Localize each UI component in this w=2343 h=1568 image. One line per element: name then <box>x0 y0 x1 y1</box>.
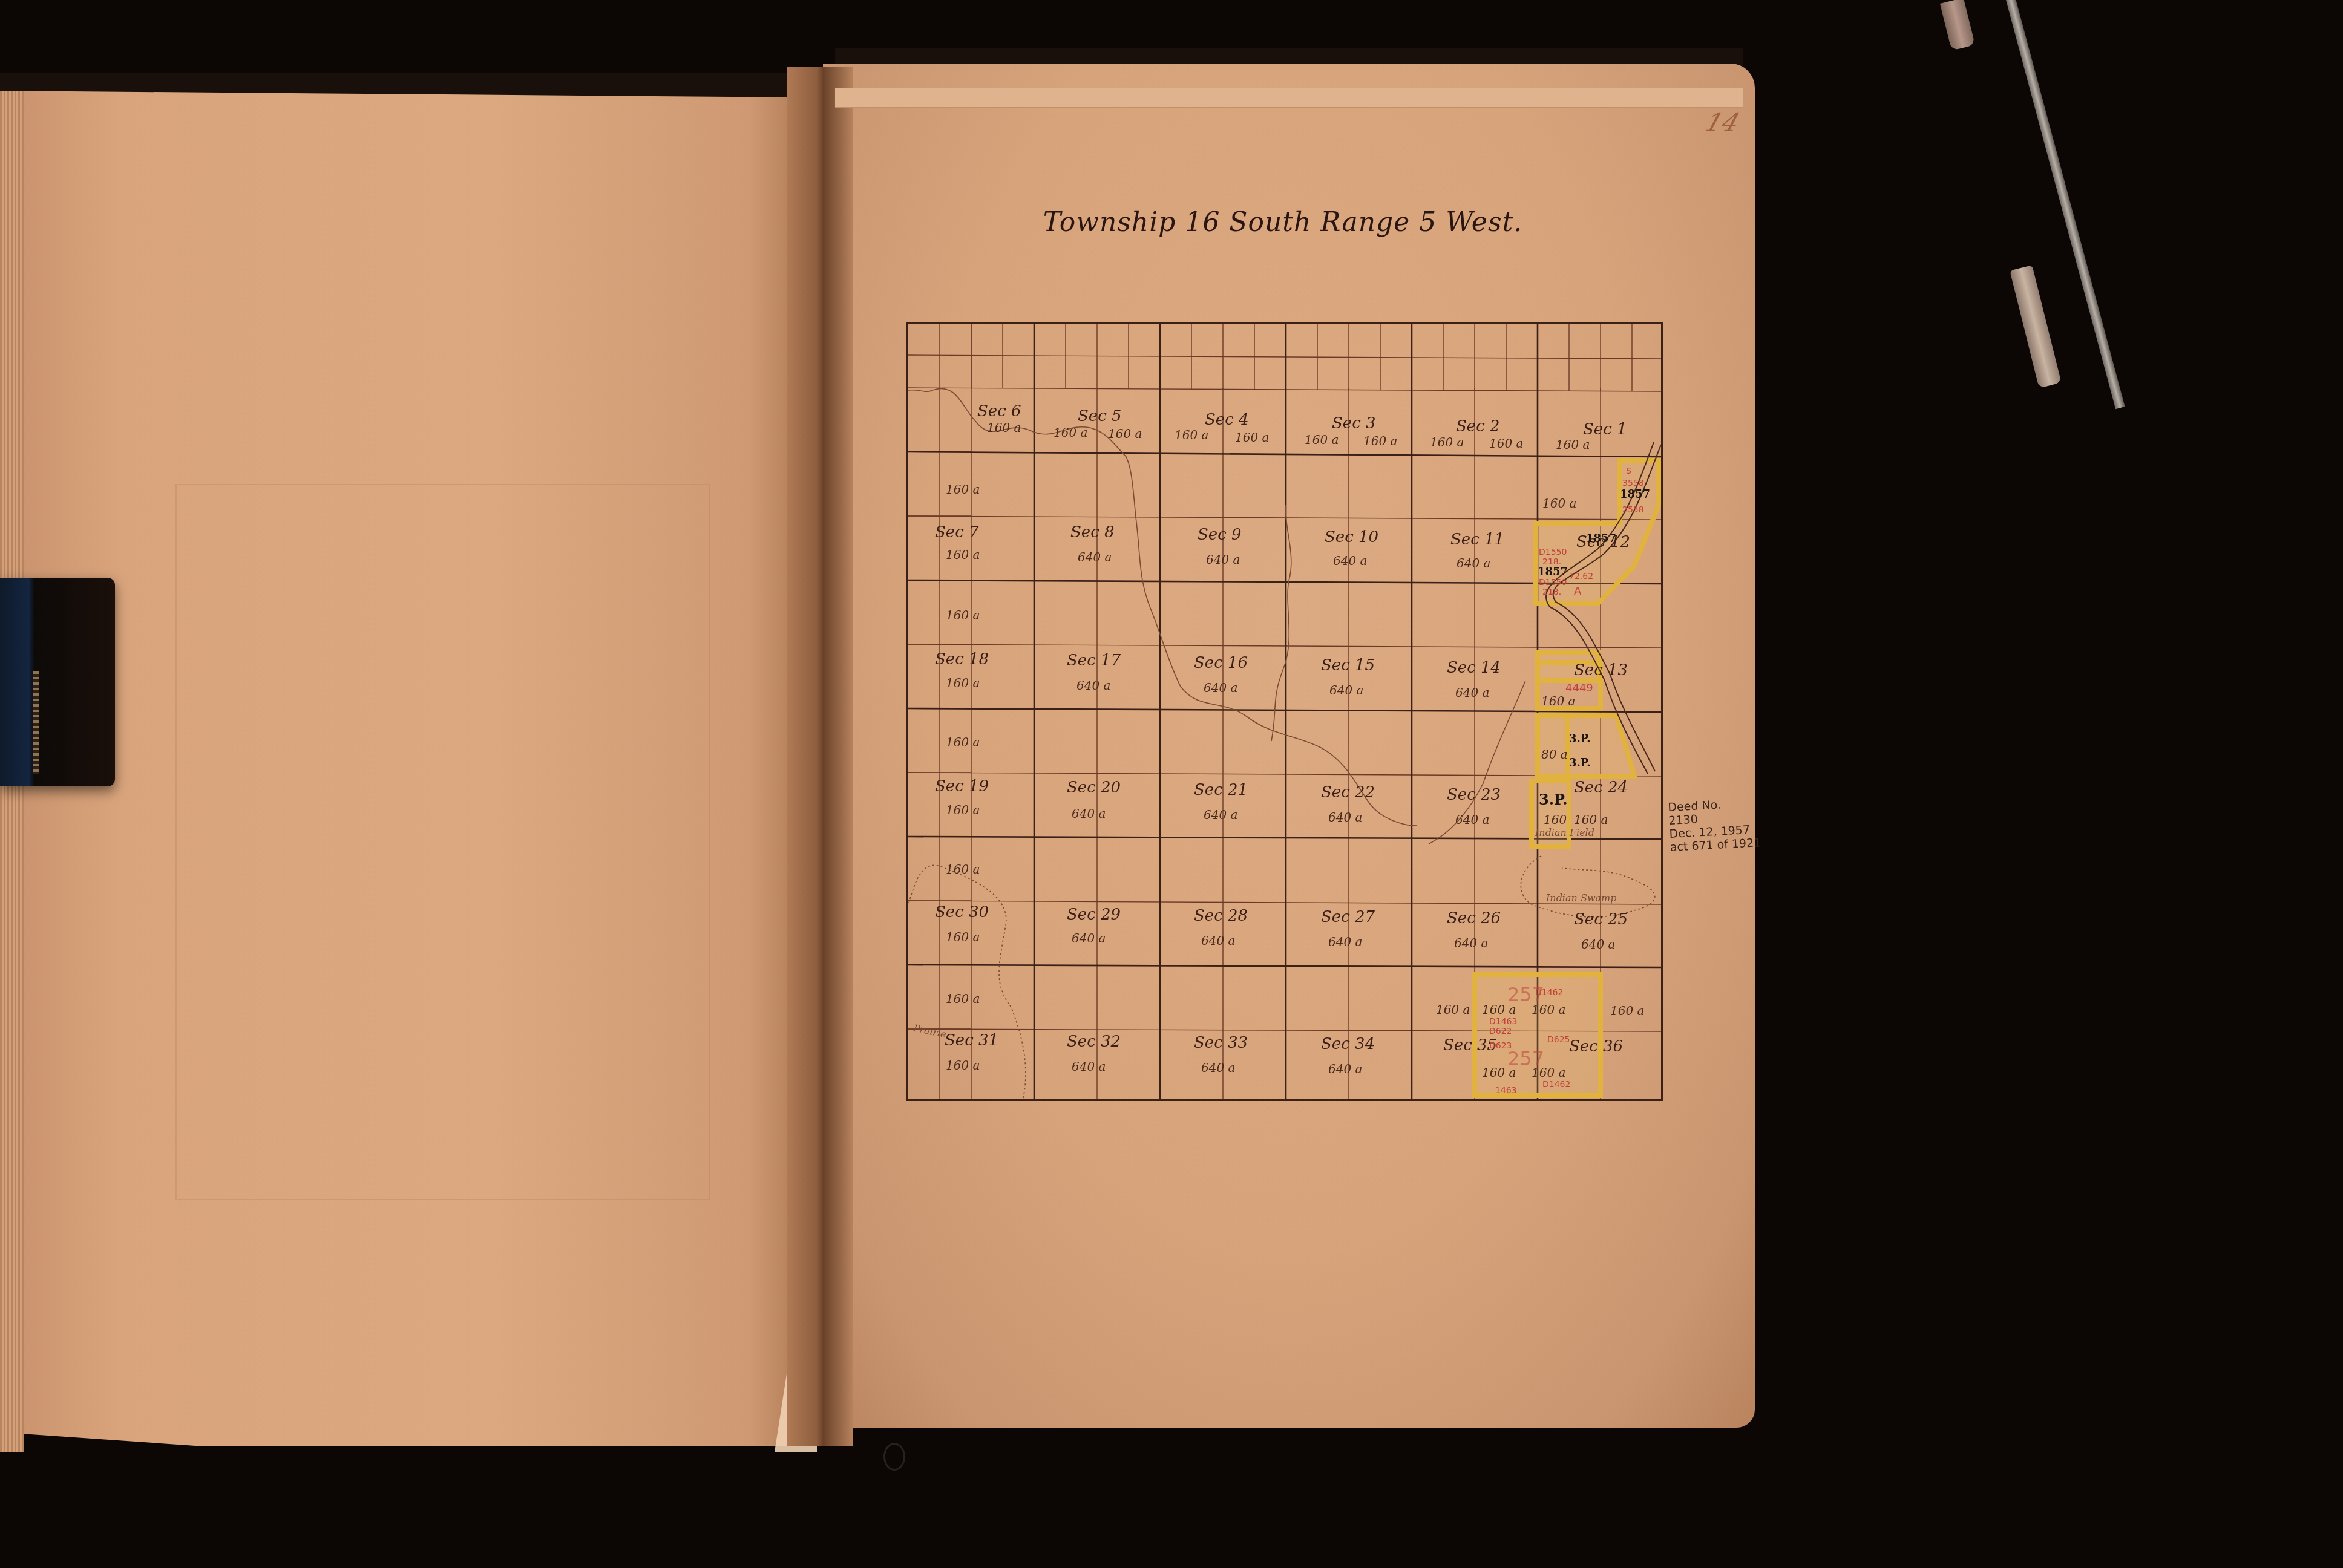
acreage: 640 a <box>1454 936 1488 950</box>
parcel-note: D622 <box>1489 1027 1512 1036</box>
parcel-note: 1463 <box>1495 1086 1517 1096</box>
grid-lines-svg <box>908 324 1661 1099</box>
section-label: Sec 8 <box>1070 523 1115 541</box>
acreage: 160 a <box>946 676 980 690</box>
section-label: Sec 28 <box>1194 907 1248 925</box>
parcel-note: 3.P. <box>1569 733 1591 745</box>
acreage: 160 a <box>946 991 980 1006</box>
acreage: 160 a <box>946 803 980 817</box>
section-label: Sec 14 <box>1447 659 1501 677</box>
acreage: 640 a <box>1204 808 1237 822</box>
section-label: Sec 31 <box>945 1031 998 1050</box>
right-page-top-band <box>835 88 1743 108</box>
acreage: 160 a <box>1363 434 1397 448</box>
acreage: 640 a <box>1201 1060 1235 1075</box>
acreage: 160 <box>1544 812 1567 827</box>
parcel-note: 257 <box>1507 983 1544 1006</box>
acreage: 160 a <box>946 547 980 562</box>
section-label: Sec 22 <box>1321 783 1375 802</box>
parcel-note: D625 <box>1547 1035 1570 1045</box>
acreage: 640 a <box>1457 556 1490 570</box>
spatula-shaft <box>2006 0 2125 409</box>
section-label: Sec 9 <box>1198 526 1242 544</box>
acreage: 640 a <box>1204 681 1237 695</box>
acreage: 160 a <box>946 482 980 497</box>
acreage: 160 a <box>946 862 980 877</box>
parcel-note: S <box>1626 466 1631 476</box>
acreage: 80 a <box>1541 747 1568 762</box>
section-label: Sec 4 <box>1205 411 1249 429</box>
spatula-blade <box>2010 265 2061 388</box>
acreage: 160 a <box>1430 435 1464 449</box>
parcel-note: D1550 <box>1539 547 1567 557</box>
section-label: Sec 36 <box>1569 1037 1623 1056</box>
acreage: 160 a <box>1305 433 1339 447</box>
parcel-note: 4449 <box>1565 682 1593 694</box>
parcel-note: D1463 <box>1489 1017 1517 1027</box>
parcel-note: 2558 <box>1622 505 1644 515</box>
acreage: 160 a <box>1175 428 1208 442</box>
section-label: Sec 26 <box>1447 909 1501 927</box>
binder-clip <box>883 1443 905 1471</box>
acreage: 160 a <box>987 420 1021 435</box>
acreage: 640 a <box>1581 937 1615 952</box>
section-label: Sec 11 <box>1450 531 1504 549</box>
parcel-note: 3558 <box>1622 479 1644 488</box>
map-title: Township 16 South Range 5 West. <box>1041 207 1525 238</box>
section-label: Sec 6 <box>977 402 1021 420</box>
section-label: Sec 33 <box>1194 1034 1248 1052</box>
section-label: Sec 30 <box>935 903 989 921</box>
feature-label: Indian Field <box>1535 827 1594 838</box>
acreage: 640 a <box>1328 935 1362 949</box>
acreage: 160 a <box>946 735 980 750</box>
acreage: 640 a <box>1078 550 1112 564</box>
section-label: Sec 32 <box>1067 1033 1121 1051</box>
section-label: Sec 24 <box>1574 779 1628 797</box>
acreage: 640 a <box>1206 552 1240 567</box>
section-label: Sec 20 <box>1067 779 1121 797</box>
acreage: 160 a <box>1556 437 1590 452</box>
acreage: 640 a <box>1328 810 1362 825</box>
section-label: Sec 19 <box>935 777 989 795</box>
acreage: 160 a <box>946 930 980 944</box>
acreage: 160 a <box>1235 430 1269 445</box>
section-label: Sec 29 <box>1067 906 1121 924</box>
section-label: Sec 7 <box>935 523 979 541</box>
section-label: Sec 15 <box>1321 656 1375 675</box>
parcel-note: D1550 <box>1539 578 1567 587</box>
book-weight <box>0 578 115 786</box>
section-label: Sec 5 <box>1078 407 1122 425</box>
acreage: 640 a <box>1333 554 1367 568</box>
acreage: 640 a <box>1455 685 1489 700</box>
section-label: Sec 17 <box>1067 652 1121 670</box>
section-label: Sec 25 <box>1574 910 1628 929</box>
acreage: 160 a <box>1610 1004 1644 1018</box>
section-label: Sec 3 <box>1332 414 1376 433</box>
book-weight-spine <box>33 671 39 774</box>
parcel-note: A <box>1574 585 1581 598</box>
acreage: 160 a <box>1574 812 1608 827</box>
acreage: 640 a <box>1201 933 1235 948</box>
parcel-year: 1857 <box>1620 488 1650 501</box>
section-label: Sec 10 <box>1325 528 1378 546</box>
left-page-faint-frame <box>175 484 710 1200</box>
section-label: Sec 2 <box>1456 417 1500 436</box>
section-label: Sec 1 <box>1583 420 1627 439</box>
section-label: Sec 23 <box>1447 786 1501 804</box>
acreage: 160 a <box>1542 496 1576 511</box>
acreage: 160 a <box>946 608 980 622</box>
parcel-note: D1462 <box>1542 1080 1570 1089</box>
parcel-note: 72.62 <box>1569 572 1593 581</box>
acreage: 160 a <box>1054 425 1087 440</box>
acreage: 640 a <box>1076 678 1110 693</box>
acreage: 160 a <box>1436 1002 1470 1017</box>
acreage: 640 a <box>1072 931 1106 946</box>
book-gutter <box>787 67 853 1446</box>
section-label: Sec 27 <box>1321 908 1375 926</box>
acreage: 640 a <box>1455 812 1489 827</box>
parcel-note: 3.P. <box>1569 757 1591 769</box>
deed-annotation: Deed No. 2130 Dec. 12, 1957 act 671 of 1… <box>1668 796 1761 854</box>
acreage: 640 a <box>1329 683 1363 697</box>
feature-label: Indian Swamp <box>1546 892 1617 904</box>
section-label: Sec 34 <box>1321 1035 1375 1053</box>
parcel-note: 218. <box>1542 587 1561 597</box>
section-label: Sec 21 <box>1194 781 1248 799</box>
parcel-year: 1857 <box>1586 532 1616 545</box>
acreage: 160 a <box>1541 694 1575 708</box>
parcel-note: 3.P. <box>1539 791 1567 808</box>
acreage: 160 a <box>1489 436 1523 451</box>
parcel-year: 1857 <box>1538 566 1568 578</box>
acreage: 640 a <box>1072 1059 1106 1074</box>
section-label: Sec 16 <box>1194 654 1248 672</box>
acreage: 160 a <box>946 1058 980 1073</box>
acreage: 640 a <box>1328 1062 1362 1076</box>
parcel-note: 257 <box>1507 1047 1544 1070</box>
acreage: 640 a <box>1072 806 1106 821</box>
section-label: Sec 13 <box>1574 661 1628 679</box>
acreage: 160 a <box>1108 426 1142 441</box>
spatula-handle-top <box>1940 0 1975 51</box>
township-grid: Sec 6 Sec 5 Sec 4 Sec 3 Sec 2 Sec 1 160 … <box>906 322 1663 1101</box>
section-label: Sec 18 <box>935 650 989 668</box>
